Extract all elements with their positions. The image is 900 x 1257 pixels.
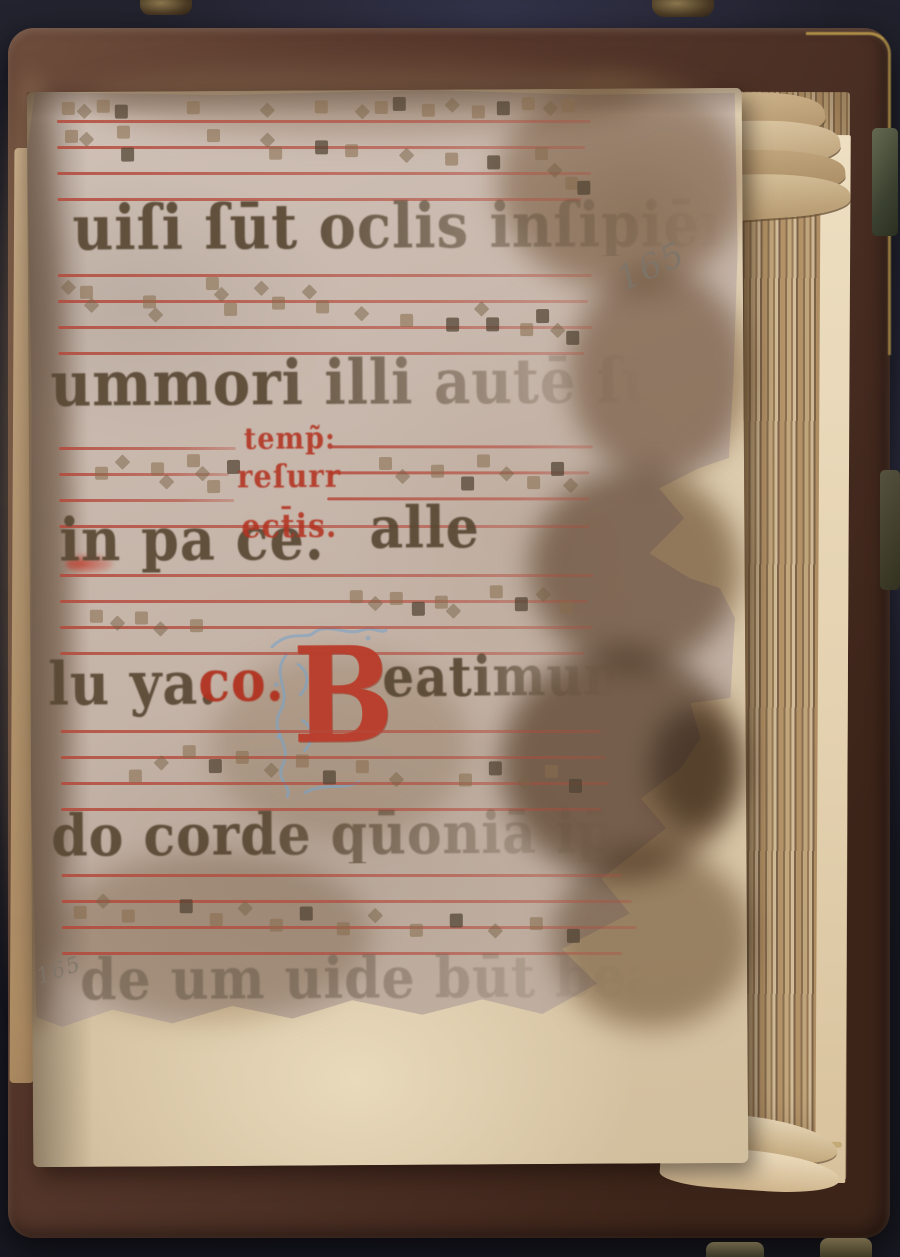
- neume-note: [410, 924, 423, 937]
- neume-note: [90, 610, 103, 623]
- chant-text: lu ya.: [48, 653, 218, 713]
- staff-line: [61, 756, 606, 759]
- rubric-text: ect̄is.: [241, 510, 337, 544]
- staff-line: [329, 471, 589, 474]
- neume-note: [316, 300, 329, 313]
- neume-note: [207, 480, 220, 493]
- neume-note: [522, 97, 535, 110]
- brass-foot-bottom-right: [820, 1238, 872, 1257]
- clasp-fitting-right-upper: [872, 128, 898, 236]
- neume-note: [412, 602, 425, 616]
- neume-note: [135, 611, 148, 624]
- clasp-fitting-right-lower: [880, 470, 900, 590]
- chant-text: do corde qūoniā ip̄i: [51, 804, 635, 865]
- neume-note: [315, 140, 328, 154]
- neume-note: [206, 277, 219, 290]
- neume-note: [379, 457, 392, 470]
- neume-note: [422, 104, 435, 117]
- neume-note: [577, 181, 590, 195]
- staff-line: [60, 600, 588, 603]
- neume-note: [210, 913, 223, 926]
- neume-note: [477, 454, 490, 467]
- neume-note: [393, 97, 406, 111]
- brass-fitting-top-center: [652, 0, 714, 17]
- neume-note: [296, 754, 309, 767]
- neume-note: [551, 462, 564, 476]
- decorated-initial-B: B: [292, 630, 395, 763]
- backing-sheet-edge: [815, 135, 850, 1183]
- neume-note: [323, 770, 336, 784]
- neume-note: [187, 101, 200, 114]
- staff-line: [62, 900, 632, 903]
- neume-note: [530, 917, 543, 930]
- chant-text: alle: [369, 499, 480, 557]
- neume-note: [515, 597, 528, 611]
- rubric-text: co.: [198, 653, 285, 711]
- neume-note: [315, 100, 328, 113]
- neume-note: [236, 751, 249, 764]
- neume-note: [300, 906, 313, 920]
- brass-fitting-top-left: [140, 0, 192, 15]
- neume-note: [337, 922, 350, 935]
- neume-note: [209, 759, 222, 773]
- neume-note: [65, 130, 78, 143]
- staff-line: [57, 172, 591, 175]
- neume-note: [143, 295, 156, 308]
- neume-note: [450, 914, 463, 928]
- neume-note: [445, 153, 458, 166]
- neume-note: [566, 331, 579, 345]
- staff-line: [329, 445, 593, 448]
- neume-note: [62, 102, 75, 115]
- neume-note: [390, 592, 403, 605]
- chant-text: de um uide būt bea: [80, 948, 661, 1009]
- neume-note: [345, 144, 358, 157]
- neume-note: [486, 317, 499, 331]
- neume-note: [187, 454, 200, 467]
- neume-note: [461, 476, 474, 490]
- staff-line: [62, 874, 622, 877]
- neume-note: [400, 314, 413, 327]
- neume-note: [122, 910, 135, 923]
- rubric-text: temp̃:: [244, 424, 336, 454]
- rubric-text: reſurr: [237, 460, 341, 493]
- neume-note: [121, 148, 134, 162]
- neume-note: [269, 147, 282, 160]
- neume-note: [545, 765, 558, 778]
- neume-note: [272, 297, 285, 310]
- neume-note: [435, 596, 448, 609]
- neume-note: [115, 105, 128, 119]
- neume-note: [569, 779, 582, 793]
- neume-note: [431, 465, 444, 478]
- staff-line: [58, 326, 592, 329]
- stain: [650, 708, 741, 829]
- neume-note: [97, 100, 110, 113]
- neume-note: [95, 467, 108, 480]
- neume-note: [375, 101, 388, 114]
- neume-note: [446, 318, 459, 332]
- neume-note: [520, 323, 533, 336]
- neume-note: [527, 476, 540, 489]
- neume-note: [183, 745, 196, 758]
- staff-line: [59, 447, 236, 450]
- staff-line: [59, 499, 234, 502]
- neume-note: [487, 155, 500, 169]
- brass-foot-bottom-left: [706, 1242, 764, 1257]
- manuscript-page: uiſi ſūt oclis inſipiēnummori illi autē …: [27, 88, 749, 1167]
- neume-note: [207, 129, 220, 142]
- neume-note: [224, 303, 237, 316]
- neume-note: [356, 760, 369, 773]
- neume-note: [151, 462, 164, 475]
- neume-note: [129, 770, 142, 783]
- neume-note: [472, 105, 485, 118]
- neume-note: [459, 773, 472, 786]
- neume-note: [350, 590, 363, 603]
- neume-note: [74, 906, 87, 919]
- neume-note: [535, 147, 548, 160]
- neume-note: [117, 126, 130, 139]
- neume-note: [190, 619, 203, 632]
- chant-text: ummori illi autē ſū: [50, 350, 664, 415]
- neume-note: [270, 919, 283, 932]
- neume-note: [497, 101, 510, 115]
- neume-note: [562, 99, 575, 112]
- staff-line: [58, 274, 592, 277]
- neume-note: [536, 309, 549, 323]
- neume-note: [489, 761, 502, 775]
- chant-text: eatimun: [382, 649, 621, 705]
- neume-note: [490, 585, 503, 598]
- staff-line: [60, 574, 594, 577]
- manuscript-photo-stage: { "annotations": { "folio_number_top": "…: [0, 0, 900, 1257]
- neume-note: [567, 929, 580, 943]
- staff-line: [61, 730, 601, 733]
- neume-note: [180, 899, 193, 913]
- neume-note: [560, 601, 573, 614]
- staff-line: [57, 120, 591, 123]
